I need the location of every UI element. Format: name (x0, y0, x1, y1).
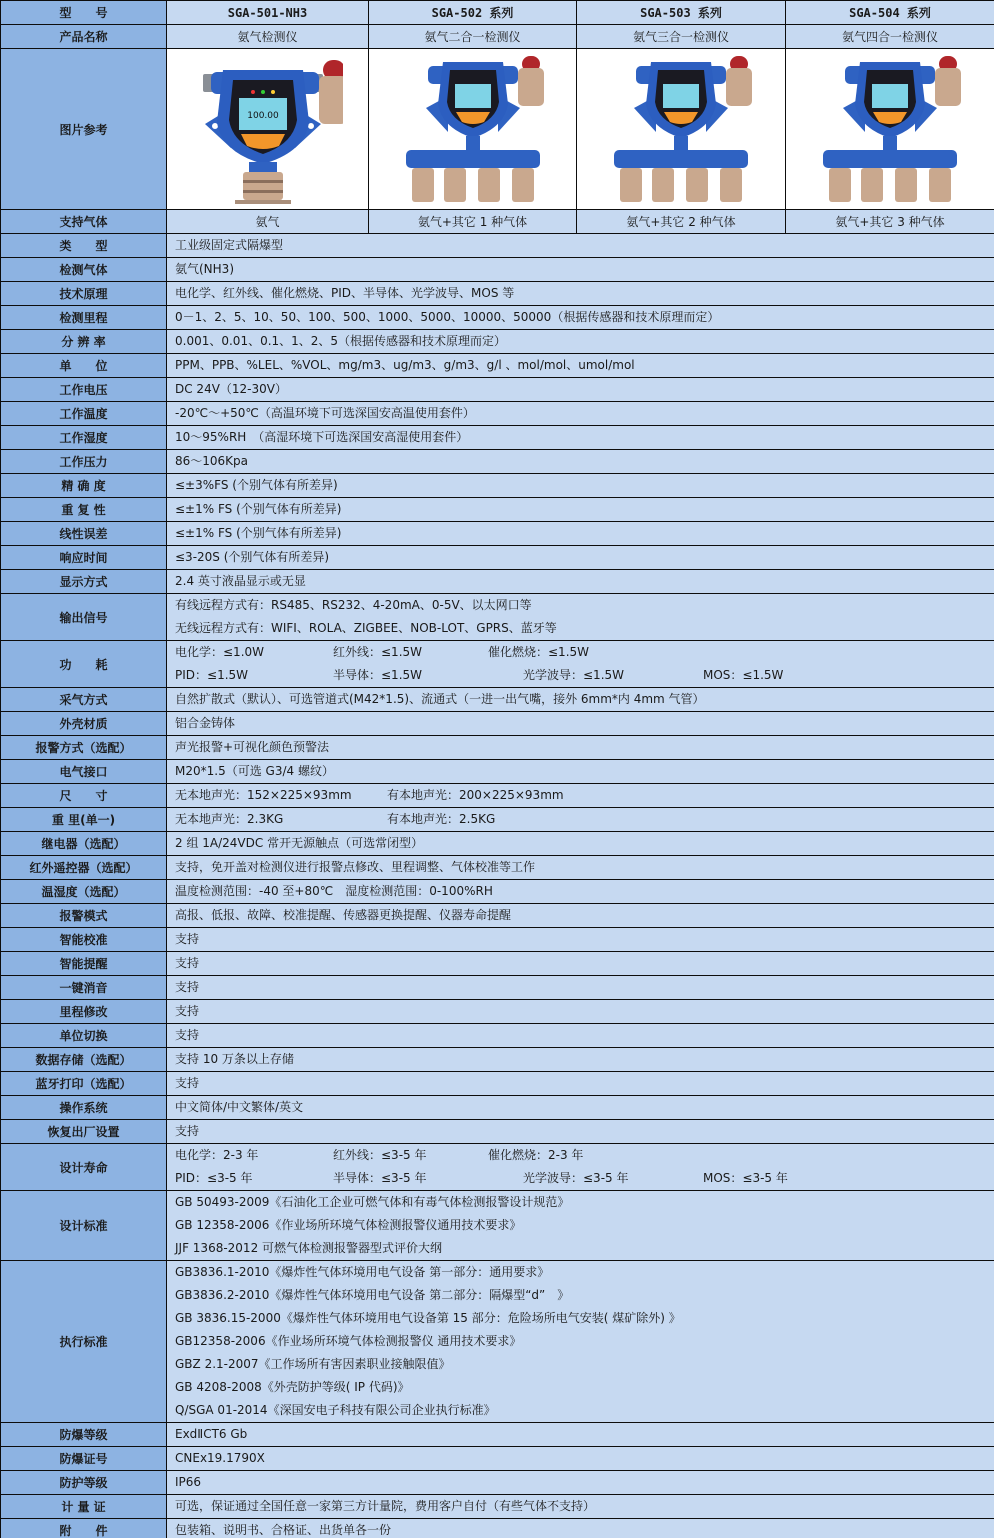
spec-row: 重 复 性≤±1% FS (个别气体有所差异) (1, 498, 994, 522)
value-text: GB 12358-2006《作业场所环境气体检测报警仪通用技术要求》 (175, 1214, 521, 1237)
spec-row: 继电器（选配）2 组 1A/24VDC 常开无源触点（可选常闭型） (1, 832, 994, 856)
product-image: 100.00 (167, 49, 369, 210)
single-gas-detector-icon: 100.00 (193, 52, 343, 207)
value-line: 0－1、2、5、10、50、100、500、1000、5000、10000、50… (175, 306, 994, 329)
row-label: 产品名称 (1, 25, 167, 49)
value-text: 电化学：≤1.0W (175, 641, 333, 664)
spec-row: 操作系统中文简体/中文繁体/英文 (1, 1096, 994, 1120)
row-label: 精 确 度 (1, 474, 167, 498)
value-text: 红外线：≤3-5 年 (333, 1144, 488, 1167)
spec-row: 蓝牙打印（选配）支持 (1, 1072, 994, 1096)
value-text: 0－1、2、5、10、50、100、500、1000、5000、10000、50… (175, 306, 719, 329)
spec-row: 智能提醒支持 (1, 952, 994, 976)
value-line: 中文简体/中文繁体/英文 (175, 1096, 994, 1119)
row-label: 数据存储（选配） (1, 1048, 167, 1072)
value-line: Q/SGA 01-2014《深国安电子科技有限公司企业执行标准》 (175, 1399, 994, 1422)
value-text: 光学波导：≤3-5 年 (523, 1167, 703, 1190)
row-label: 蓝牙打印（选配） (1, 1072, 167, 1096)
value-line: 2.4 英寸液晶显示或无显 (175, 570, 994, 593)
value-line: 支持，免开盖对检测仪进行报警点修改、里程调整、气体校准等工作 (175, 856, 994, 879)
row-label: 工作压力 (1, 450, 167, 474)
row-label: 智能提醒 (1, 952, 167, 976)
value-text: CNEx19.1790X (175, 1447, 265, 1470)
value-line: 无线远程方式有：WIFI、ROLA、ZIGBEE、NOB-LOT、GPRS、蓝牙… (175, 617, 994, 640)
value-line: GB3836.2-2010《爆炸性气体环境用电气设备 第二部分：隔爆型“d” 》 (175, 1284, 994, 1307)
row-value: ≤±1% FS (个别气体有所差异) (167, 522, 994, 546)
row-label: 设计寿命 (1, 1144, 167, 1191)
spec-row: 附 件包装箱、说明书、合格证、出货单各一份 (1, 1519, 994, 1538)
value-line: IP66 (175, 1471, 994, 1494)
spec-row: 精 确 度≤±3%FS (个别气体有所差异) (1, 474, 994, 498)
row-value: ≤±3%FS (个别气体有所差异) (167, 474, 994, 498)
value-line: GB 4208-2008《外壳防护等级( IP 代码)》 (175, 1376, 994, 1399)
row-value: 工业级固定式隔爆型 (167, 234, 994, 258)
value-text: 支持 (175, 1072, 199, 1095)
spec-row: 电气接口M20*1.5（可选 G3/4 螺纹） (1, 760, 994, 784)
row-label: 输出信号 (1, 594, 167, 641)
row-label: 图片参考 (1, 49, 167, 210)
value-line: 自然扩散式（默认）、可选管道式(M42*1.5)、流通式（一进一出气嘴，接外 6… (175, 688, 994, 711)
spec-row: 报警方式（选配）声光报警+可视化颜色预警法 (1, 736, 994, 760)
row-label: 继电器（选配） (1, 832, 167, 856)
row-label: 里程修改 (1, 1000, 167, 1024)
row-label: 恢复出厂设置 (1, 1120, 167, 1144)
value-text: Q/SGA 01-2014《深国安电子科技有限公司企业执行标准》 (175, 1399, 496, 1422)
spec-table: 型 号 SGA-501-NH3 SGA-502 系列 SGA-503 系列 SG… (0, 0, 994, 1538)
spec-row: 报警模式高报、低报、故障、校准提醒、传感器更换提醒、仪器寿命提醒 (1, 904, 994, 928)
value-text: 支持，免开盖对检测仪进行报警点修改、里程调整、气体校准等工作 (175, 856, 535, 879)
value-line: 支持 (175, 1120, 994, 1143)
row-label: 电气接口 (1, 760, 167, 784)
row-label: 检测气体 (1, 258, 167, 282)
product-name: 氨气检测仪 (167, 25, 369, 49)
row-value: M20*1.5（可选 G3/4 螺纹） (167, 760, 994, 784)
value-line: 支持 (175, 952, 994, 975)
value-line: CNEx19.1790X (175, 1447, 994, 1470)
row-value: 中文简体/中文繁体/英文 (167, 1096, 994, 1120)
value-line: 工业级固定式隔爆型 (175, 234, 994, 257)
support-gas: 氨气+其它 1 种气体 (369, 210, 577, 234)
row-label: 智能校准 (1, 928, 167, 952)
value-line: 无本地声光：2.3KG有本地声光：2.5KG (175, 808, 994, 831)
row-value: 0－1、2、5、10、50、100、500、1000、5000、10000、50… (167, 306, 994, 330)
spec-row: 类 型工业级固定式隔爆型 (1, 234, 994, 258)
value-line: 可选，保证通过全国任意一家第三方计量院，费用客户自付（有些气体不支持） (175, 1495, 994, 1518)
spec-row: 工作湿度10～95%RH （高湿环境下可选深国安高湿使用套件） (1, 426, 994, 450)
row-value: 支持 (167, 1072, 994, 1096)
value-text: PPM、PPB、%LEL、%VOL、mg/m3、ug/m3、g/m3、g/l 、… (175, 354, 635, 377)
row-value: ExdⅡCT6 Gb (167, 1423, 994, 1447)
value-line: 支持 (175, 1072, 994, 1095)
row-value: 支持 (167, 976, 994, 1000)
value-line: 铝合金铸体 (175, 712, 994, 735)
value-line: 支持 (175, 1024, 994, 1047)
row-value: ≤±1% FS (个别气体有所差异) (167, 498, 994, 522)
row-label: 报警模式 (1, 904, 167, 928)
product-name-row: 产品名称 氨气检测仪 氨气二合一检测仪 氨气三合一检测仪 氨气四合一检测仪 (1, 25, 994, 49)
value-line: ≤±1% FS (个别气体有所差异) (175, 498, 994, 521)
row-value: 0.001、0.01、0.1、1、2、5（根据传感器和技术原理而定） (167, 330, 994, 354)
value-line: -20℃～+50℃（高温环境下可选深国安高温使用套件） (175, 402, 994, 425)
value-text: MOS：≤1.5W (703, 664, 783, 687)
row-label: 重 里(单一) (1, 808, 167, 832)
spec-row: 数据存储（选配）支持 10 万条以上存储 (1, 1048, 994, 1072)
row-value: 包装箱、说明书、合格证、出货单各一份 (167, 1519, 994, 1538)
value-line: 无本地声光：152×225×93mm有本地声光：200×225×93mm (175, 784, 994, 807)
row-label: 操作系统 (1, 1096, 167, 1120)
value-text: JJF 1368-2012 可燃气体检测报警器型式评价大纲 (175, 1237, 442, 1260)
value-line: 包装箱、说明书、合格证、出货单各一份 (175, 1519, 994, 1538)
product-image (577, 49, 786, 210)
product-name: 氨气二合一检测仪 (369, 25, 577, 49)
value-line: DC 24V（12-30V） (175, 378, 994, 401)
value-text: ≤±1% FS (个别气体有所差异) (175, 522, 341, 545)
value-line: 有线远程方式有：RS485、RS232、4-20mA、0-5V、以太网口等 (175, 594, 994, 617)
spec-row: 外壳材质铝合金铸体 (1, 712, 994, 736)
model-name: SGA-502 系列 (369, 1, 577, 25)
row-value: 86～106Kpa (167, 450, 994, 474)
value-text: 高报、低报、故障、校准提醒、传感器更换提醒、仪器寿命提醒 (175, 904, 511, 927)
spec-row: 尺 寸无本地声光：152×225×93mm有本地声光：200×225×93mm (1, 784, 994, 808)
value-text: 自然扩散式（默认）、可选管道式(M42*1.5)、流通式（一进一出气嘴，接外 6… (175, 688, 705, 711)
row-value: 电化学、红外线、催化燃烧、PID、半导体、光学波导、MOS 等 (167, 282, 994, 306)
spec-row: 线性误差≤±1% FS (个别气体有所差异) (1, 522, 994, 546)
value-text: GB3836.2-2010《爆炸性气体环境用电气设备 第二部分：隔爆型“d” 》 (175, 1284, 569, 1307)
value-line: GB3836.1-2010《爆炸性气体环境用电气设备 第一部分：通用要求》 (175, 1261, 994, 1284)
row-label: 技术原理 (1, 282, 167, 306)
value-text: 支持 (175, 952, 199, 975)
value-line: ≤±3%FS (个别气体有所差异) (175, 474, 994, 497)
row-label: 防护等级 (1, 1471, 167, 1495)
value-text: M20*1.5（可选 G3/4 螺纹） (175, 760, 334, 783)
value-line: PID：≤1.5W半导体：≤1.5W光学波导：≤1.5WMOS：≤1.5W (175, 664, 994, 687)
row-label: 分 辨 率 (1, 330, 167, 354)
spec-row: 功 耗电化学：≤1.0W红外线：≤1.5W催化燃烧：≤1.5WPID：≤1.5W… (1, 641, 994, 688)
row-value: 电化学：2-3 年红外线：≤3-5 年催化燃烧：2-3 年PID：≤3-5 年半… (167, 1144, 994, 1191)
value-text: 支持 (175, 928, 199, 951)
value-line: 2 组 1A/24VDC 常开无源触点（可选常闭型） (175, 832, 994, 855)
spec-row: 响应时间≤3-20S (个别气体有所差异) (1, 546, 994, 570)
row-value: 电化学：≤1.0W红外线：≤1.5W催化燃烧：≤1.5WPID：≤1.5W半导体… (167, 641, 994, 688)
value-line: 0.001、0.01、0.1、1、2、5（根据传感器和技术原理而定） (175, 330, 994, 353)
row-value: 支持 10 万条以上存储 (167, 1048, 994, 1072)
row-value: 自然扩散式（默认）、可选管道式(M42*1.5)、流通式（一进一出气嘴，接外 6… (167, 688, 994, 712)
row-label: 型 号 (1, 1, 167, 25)
spec-row: 技术原理电化学、红外线、催化燃烧、PID、半导体、光学波导、MOS 等 (1, 282, 994, 306)
row-label: 尺 寸 (1, 784, 167, 808)
value-text: 电化学、红外线、催化燃烧、PID、半导体、光学波导、MOS 等 (175, 282, 514, 305)
row-label: 类 型 (1, 234, 167, 258)
value-line: 86～106Kpa (175, 450, 994, 473)
row-value: CNEx19.1790X (167, 1447, 994, 1471)
value-text: 半导体：≤3-5 年 (333, 1167, 523, 1190)
row-label: 重 复 性 (1, 498, 167, 522)
value-text: 半导体：≤1.5W (333, 664, 523, 687)
svg-text:100.00: 100.00 (247, 111, 279, 121)
value-line: 电化学、红外线、催化燃烧、PID、半导体、光学波导、MOS 等 (175, 282, 994, 305)
model-name: SGA-503 系列 (577, 1, 786, 25)
value-text: PID：≤1.5W (175, 664, 333, 687)
value-text: 2 组 1A/24VDC 常开无源触点（可选常闭型） (175, 832, 423, 855)
spec-row: 检测气体氨气(NH3) (1, 258, 994, 282)
product-name: 氨气四合一检测仪 (786, 25, 994, 49)
spec-row: 工作压力86～106Kpa (1, 450, 994, 474)
value-text: ExdⅡCT6 Gb (175, 1423, 247, 1446)
value-text: 包装箱、说明书、合格证、出货单各一份 (175, 1519, 391, 1538)
value-text: GB12358-2006《作业场所环境气体检测报警仪 通用技术要求》 (175, 1330, 521, 1353)
value-line: GB 3836.15-2000《爆炸性气体环境用电气设备第 15 部分：危险场所… (175, 1307, 994, 1330)
value-text: 氨气(NH3) (175, 258, 234, 281)
row-value: 支持 (167, 928, 994, 952)
spec-row: 设计标准GB 50493-2009《石油化工企业可燃气体和有毒气体检测报警设计规… (1, 1191, 994, 1261)
row-label: 检测里程 (1, 306, 167, 330)
value-text: 无本地声光：2.3KG (175, 808, 387, 831)
value-line: 温度检测范围：-40 至+80℃ 湿度检测范围：0-100%RH (175, 880, 994, 903)
model-row: 型 号 SGA-501-NH3 SGA-502 系列 SGA-503 系列 SG… (1, 1, 994, 25)
spec-row: 设计寿命电化学：2-3 年红外线：≤3-5 年催化燃烧：2-3 年PID：≤3-… (1, 1144, 994, 1191)
value-text: 催化燃烧：2-3 年 (488, 1144, 583, 1167)
value-text: 支持 (175, 1120, 199, 1143)
value-line: ≤3-20S (个别气体有所差异) (175, 546, 994, 569)
value-line: PID：≤3-5 年半导体：≤3-5 年光学波导：≤3-5 年MOS：≤3-5 … (175, 1167, 994, 1190)
spec-row: 采气方式自然扩散式（默认）、可选管道式(M42*1.5)、流通式（一进一出气嘴，… (1, 688, 994, 712)
row-value: IP66 (167, 1471, 994, 1495)
row-value: 无本地声光：152×225×93mm有本地声光：200×225×93mm (167, 784, 994, 808)
spec-row: 单 位PPM、PPB、%LEL、%VOL、mg/m3、ug/m3、g/m3、g/… (1, 354, 994, 378)
spec-row: 工作温度-20℃～+50℃（高温环境下可选深国安高温使用套件） (1, 402, 994, 426)
row-value: GB 50493-2009《石油化工企业可燃气体和有毒气体检测报警设计规范》GB… (167, 1191, 994, 1261)
value-line: GBZ 2.1-2007《工作场所有害因素职业接触限值》 (175, 1353, 994, 1376)
value-line: 电化学：≤1.0W红外线：≤1.5W催化燃烧：≤1.5W (175, 641, 994, 664)
row-value: 铝合金铸体 (167, 712, 994, 736)
value-line: 声光报警+可视化颜色预警法 (175, 736, 994, 759)
value-text: ≤3-20S (个别气体有所差异) (175, 546, 329, 569)
row-value: 支持 (167, 1120, 994, 1144)
multi-gas-detector-icon (398, 52, 548, 207)
value-text: 86～106Kpa (175, 450, 248, 473)
spec-row: 重 里(单一)无本地声光：2.3KG有本地声光：2.5KG (1, 808, 994, 832)
value-text: ≤±3%FS (个别气体有所差异) (175, 474, 338, 497)
value-text: 铝合金铸体 (175, 712, 235, 735)
value-line: 支持 (175, 928, 994, 951)
spec-row: 检测里程0－1、2、5、10、50、100、500、1000、5000、1000… (1, 306, 994, 330)
row-label: 线性误差 (1, 522, 167, 546)
model-name: SGA-501-NH3 (167, 1, 369, 25)
row-label: 温湿度（选配） (1, 880, 167, 904)
value-text: 温度检测范围：-40 至+80℃ 湿度检测范围：0-100%RH (175, 880, 493, 903)
value-text: GB3836.1-2010《爆炸性气体环境用电气设备 第一部分：通用要求》 (175, 1261, 549, 1284)
value-line: 支持 10 万条以上存储 (175, 1048, 994, 1071)
value-line: JJF 1368-2012 可燃气体检测报警器型式评价大纲 (175, 1237, 994, 1260)
value-text: 电化学：2-3 年 (175, 1144, 333, 1167)
value-text: 10～95%RH （高湿环境下可选深国安高湿使用套件） (175, 426, 468, 449)
spec-row: 一键消音支持 (1, 976, 994, 1000)
value-text: 支持 (175, 1024, 199, 1047)
row-label: 报警方式（选配） (1, 736, 167, 760)
row-value: 支持 (167, 1000, 994, 1024)
row-value: 有线远程方式有：RS485、RS232、4-20mA、0-5V、以太网口等无线远… (167, 594, 994, 641)
value-text: GB 50493-2009《石油化工企业可燃气体和有毒气体检测报警设计规范》 (175, 1191, 569, 1214)
spec-row: 单位切换支持 (1, 1024, 994, 1048)
value-text: 红外线：≤1.5W (333, 641, 488, 664)
spec-row: 红外遥控器（选配）支持，免开盖对检测仪进行报警点修改、里程调整、气体校准等工作 (1, 856, 994, 880)
value-text: 有本地声光：200×225×93mm (387, 784, 564, 807)
value-line: ≤±1% FS (个别气体有所差异) (175, 522, 994, 545)
row-value: 声光报警+可视化颜色预警法 (167, 736, 994, 760)
row-value: 2.4 英寸液晶显示或无显 (167, 570, 994, 594)
row-label: 设计标准 (1, 1191, 167, 1261)
value-text: 支持 10 万条以上存储 (175, 1048, 294, 1071)
row-label: 附 件 (1, 1519, 167, 1538)
value-line: ExdⅡCT6 Gb (175, 1423, 994, 1446)
value-line: GB12358-2006《作业场所环境气体检测报警仪 通用技术要求》 (175, 1330, 994, 1353)
value-text: 0.001、0.01、0.1、1、2、5（根据传感器和技术原理而定） (175, 330, 506, 353)
model-name: SGA-504 系列 (786, 1, 994, 25)
value-line: 电化学：2-3 年红外线：≤3-5 年催化燃烧：2-3 年 (175, 1144, 994, 1167)
row-label: 支持气体 (1, 210, 167, 234)
value-text: 工业级固定式隔爆型 (175, 234, 283, 257)
row-label: 执行标准 (1, 1261, 167, 1423)
row-value: 支持 (167, 952, 994, 976)
spec-row: 防爆证号CNEx19.1790X (1, 1447, 994, 1471)
row-value: 支持 (167, 1024, 994, 1048)
row-value: DC 24V（12-30V） (167, 378, 994, 402)
spec-row: 输出信号有线远程方式有：RS485、RS232、4-20mA、0-5V、以太网口… (1, 594, 994, 641)
row-value: 无本地声光：2.3KG有本地声光：2.5KG (167, 808, 994, 832)
value-text: PID：≤3-5 年 (175, 1167, 333, 1190)
value-line: 支持 (175, 976, 994, 999)
spec-row: 工作电压DC 24V（12-30V） (1, 378, 994, 402)
row-label: 响应时间 (1, 546, 167, 570)
value-line: 氨气(NH3) (175, 258, 994, 281)
row-label: 外壳材质 (1, 712, 167, 736)
value-text: IP66 (175, 1471, 201, 1494)
value-line: 高报、低报、故障、校准提醒、传感器更换提醒、仪器寿命提醒 (175, 904, 994, 927)
value-text: 有线远程方式有：RS485、RS232、4-20mA、0-5V、以太网口等 (175, 594, 532, 617)
value-text: 支持 (175, 1000, 199, 1023)
product-image (786, 49, 994, 210)
row-label: 一键消音 (1, 976, 167, 1000)
value-line: GB 12358-2006《作业场所环境气体检测报警仪通用技术要求》 (175, 1214, 994, 1237)
image-row: 图片参考 100.00 (1, 49, 994, 210)
row-label: 防爆证号 (1, 1447, 167, 1471)
row-value: ≤3-20S (个别气体有所差异) (167, 546, 994, 570)
spec-row: 防护等级IP66 (1, 1471, 994, 1495)
row-label: 工作湿度 (1, 426, 167, 450)
value-text: 声光报警+可视化颜色预警法 (175, 736, 329, 759)
row-value: 2 组 1A/24VDC 常开无源触点（可选常闭型） (167, 832, 994, 856)
spec-row: 显示方式2.4 英寸液晶显示或无显 (1, 570, 994, 594)
spec-row: 分 辨 率0.001、0.01、0.1、1、2、5（根据传感器和技术原理而定） (1, 330, 994, 354)
value-text: 催化燃烧：≤1.5W (488, 641, 589, 664)
row-value: 支持，免开盖对检测仪进行报警点修改、里程调整、气体校准等工作 (167, 856, 994, 880)
row-value: 可选，保证通过全国任意一家第三方计量院，费用客户自付（有些气体不支持） (167, 1495, 994, 1519)
row-label: 计 量 证 (1, 1495, 167, 1519)
spec-row: 智能校准支持 (1, 928, 994, 952)
value-line: M20*1.5（可选 G3/4 螺纹） (175, 760, 994, 783)
value-text: MOS：≤3-5 年 (703, 1167, 788, 1190)
multi-gas-detector-icon (815, 52, 965, 207)
row-label: 单位切换 (1, 1024, 167, 1048)
support-gas: 氨气+其它 2 种气体 (577, 210, 786, 234)
value-text: 光学波导：≤1.5W (523, 664, 703, 687)
spec-row: 里程修改支持 (1, 1000, 994, 1024)
support-gas: 氨气+其它 3 种气体 (786, 210, 994, 234)
row-label: 红外遥控器（选配） (1, 856, 167, 880)
value-text: 2.4 英寸液晶显示或无显 (175, 570, 306, 593)
row-label: 工作电压 (1, 378, 167, 402)
value-text: DC 24V（12-30V） (175, 378, 287, 401)
row-value: 10～95%RH （高湿环境下可选深国安高湿使用套件） (167, 426, 994, 450)
row-value: 高报、低报、故障、校准提醒、传感器更换提醒、仪器寿命提醒 (167, 904, 994, 928)
value-line: 10～95%RH （高湿环境下可选深国安高湿使用套件） (175, 426, 994, 449)
value-text: -20℃～+50℃（高温环境下可选深国安高温使用套件） (175, 402, 475, 425)
value-text: ≤±1% FS (个别气体有所差异) (175, 498, 341, 521)
row-value: 氨气(NH3) (167, 258, 994, 282)
value-line: 支持 (175, 1000, 994, 1023)
spec-row: 恢复出厂设置支持 (1, 1120, 994, 1144)
row-label: 采气方式 (1, 688, 167, 712)
value-line: GB 50493-2009《石油化工企业可燃气体和有毒气体检测报警设计规范》 (175, 1191, 994, 1214)
product-image (369, 49, 577, 210)
value-line: PPM、PPB、%LEL、%VOL、mg/m3、ug/m3、g/m3、g/l 、… (175, 354, 994, 377)
value-text: 无线远程方式有：WIFI、ROLA、ZIGBEE、NOB-LOT、GPRS、蓝牙… (175, 617, 557, 640)
value-text: 有本地声光：2.5KG (387, 808, 495, 831)
value-text: 无本地声光：152×225×93mm (175, 784, 387, 807)
row-value: PPM、PPB、%LEL、%VOL、mg/m3、ug/m3、g/m3、g/l 、… (167, 354, 994, 378)
row-value: -20℃～+50℃（高温环境下可选深国安高温使用套件） (167, 402, 994, 426)
spec-row: 温湿度（选配）温度检测范围：-40 至+80℃ 湿度检测范围：0-100%RH (1, 880, 994, 904)
value-text: GB 4208-2008《外壳防护等级( IP 代码)》 (175, 1376, 410, 1399)
product-name: 氨气三合一检测仪 (577, 25, 786, 49)
row-value: 温度检测范围：-40 至+80℃ 湿度检测范围：0-100%RH (167, 880, 994, 904)
spec-row: 计 量 证可选，保证通过全国任意一家第三方计量院，费用客户自付（有些气体不支持） (1, 1495, 994, 1519)
value-text: GB 3836.15-2000《爆炸性气体环境用电气设备第 15 部分：危险场所… (175, 1307, 681, 1330)
support-gas-row: 支持气体 氨气 氨气+其它 1 种气体 氨气+其它 2 种气体 氨气+其它 3 … (1, 210, 994, 234)
value-text: GBZ 2.1-2007《工作场所有害因素职业接触限值》 (175, 1353, 451, 1376)
value-text: 可选，保证通过全国任意一家第三方计量院，费用客户自付（有些气体不支持） (175, 1495, 595, 1518)
row-label: 单 位 (1, 354, 167, 378)
spec-row: 防爆等级ExdⅡCT6 Gb (1, 1423, 994, 1447)
spec-row: 执行标准GB3836.1-2010《爆炸性气体环境用电气设备 第一部分：通用要求… (1, 1261, 994, 1423)
row-label: 防爆等级 (1, 1423, 167, 1447)
multi-gas-detector-icon (606, 52, 756, 207)
row-value: GB3836.1-2010《爆炸性气体环境用电气设备 第一部分：通用要求》GB3… (167, 1261, 994, 1423)
support-gas: 氨气 (167, 210, 369, 234)
value-text: 中文简体/中文繁体/英文 (175, 1096, 303, 1119)
row-label: 显示方式 (1, 570, 167, 594)
value-text: 支持 (175, 976, 199, 999)
row-label: 功 耗 (1, 641, 167, 688)
row-label: 工作温度 (1, 402, 167, 426)
